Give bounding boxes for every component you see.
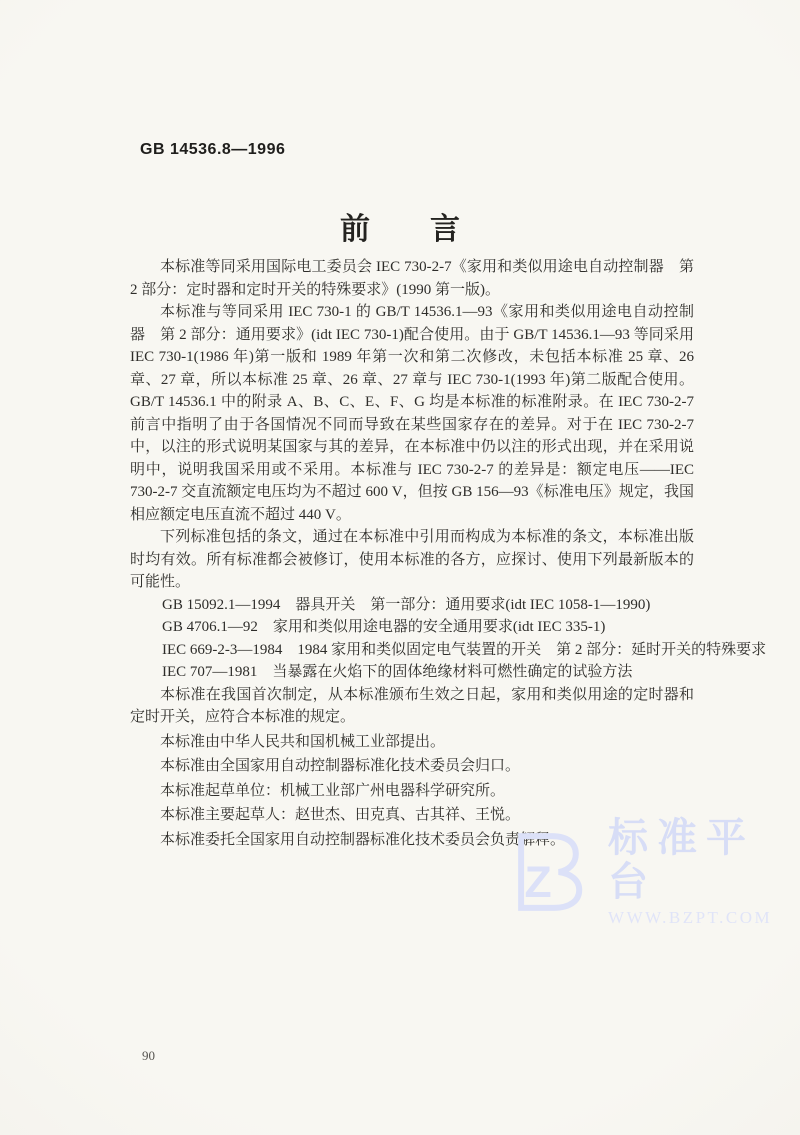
- reference-item: IEC 707—1981 当暴露在火焰下的固体绝缘材料可燃性确定的试验方法: [130, 661, 694, 684]
- svg-text:Z: Z: [525, 858, 552, 907]
- watermark-brand: 标准平台: [608, 816, 800, 904]
- paragraph-3: 下列标准包括的条文，通过在本标准中引用而构成为本标准的条文，本标准出版时均有效。…: [130, 526, 694, 594]
- closing-statement: 本标准由中华人民共和国机械工业部提出。: [130, 731, 694, 754]
- reference-item: IEC 669-2-3—1984 1984 家用和类似固定电气装置的开关 第 2…: [130, 639, 694, 662]
- watermark-url: WWW.BZPT.COM: [608, 908, 800, 928]
- reference-item: GB 4706.1—92 家用和类似用途电器的安全通用要求(idt IEC 33…: [130, 616, 694, 639]
- scanned-document-page: GB 14536.8—1996 前 言 本标准等同采用国际电工委员会 IEC 7…: [0, 0, 800, 1135]
- watermark: Z 标准平台 WWW.BZPT.COM: [504, 816, 800, 928]
- standard-number: GB 14536.8—1996: [140, 141, 285, 159]
- paragraph-2: 本标准与等同采用 IEC 730-1 的 GB/T 14536.1—93《家用和…: [130, 301, 694, 526]
- closing-statement: 本标准起草单位：机械工业部广州电器科学研究所。: [130, 780, 694, 803]
- watermark-text: 标准平台 WWW.BZPT.COM: [608, 816, 800, 928]
- page-number: 90: [142, 1048, 155, 1064]
- bzpt-logo-icon: Z: [504, 828, 598, 916]
- reference-item: GB 15092.1—1994 器具开关 第一部分：通用要求(idt IEC 1…: [130, 594, 694, 617]
- paragraph-1: 本标准等同采用国际电工委员会 IEC 730-2-7《家用和类似用途电自动控制器…: [130, 256, 694, 301]
- closing-paragraph: 本标准在我国首次制定，从本标准颁布生效之日起，家用和类似用途的定时器和定时开关，…: [130, 684, 694, 729]
- closing-statement: 本标准由全国家用自动控制器标准化技术委员会归口。: [130, 755, 694, 778]
- document-body: 本标准等同采用国际电工委员会 IEC 730-2-7《家用和类似用途电自动控制器…: [130, 256, 694, 851]
- page-title: 前 言: [0, 204, 800, 248]
